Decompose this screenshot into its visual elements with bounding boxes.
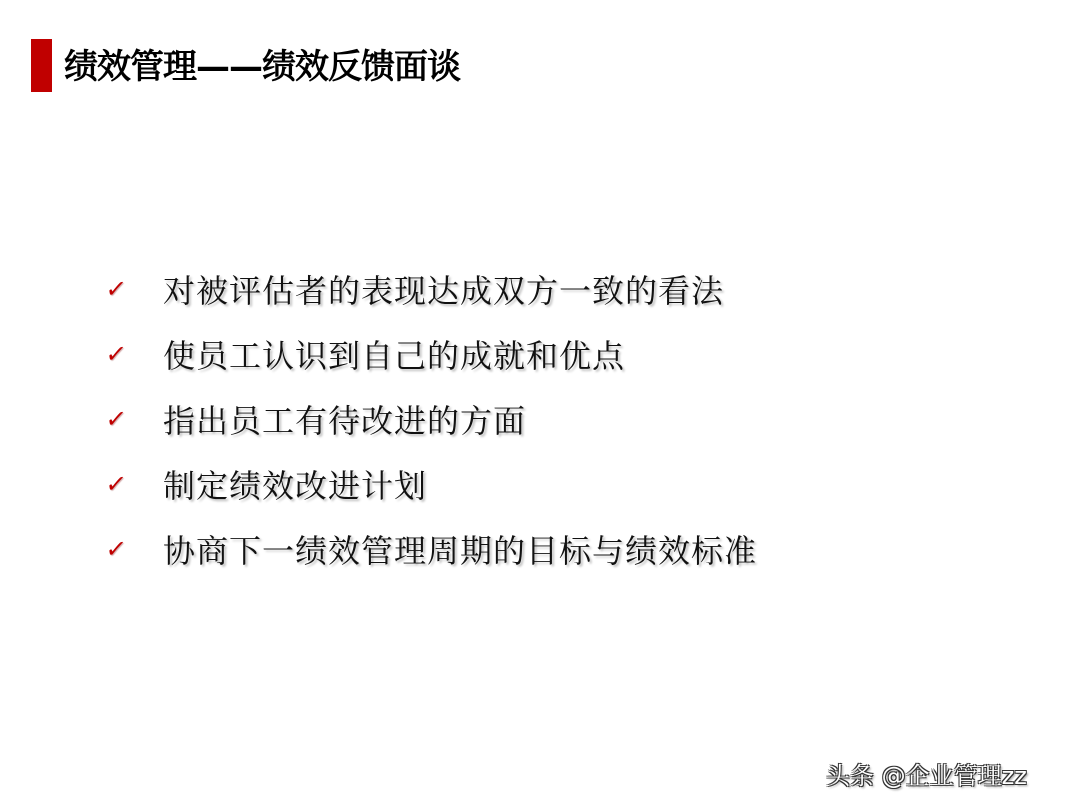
watermark: 头条 @企业管理zz [826, 756, 1027, 791]
checkmark-icon: ✓ [104, 342, 164, 366]
bullet-item: ✓ 指出员工有待改进的方面 [106, 386, 757, 451]
slide: 绩效管理——绩效反馈面谈 ✓ 对被评估者的表现达成双方一致的看法 ✓ 使员工认识… [0, 0, 1080, 810]
bullet-list: ✓ 对被评估者的表现达成双方一致的看法 ✓ 使员工认识到自己的成就和优点 ✓ 指… [106, 256, 757, 581]
bullet-text: 使员工认识到自己的成就和优点 [163, 331, 625, 377]
bullet-text: 协商下一绩效管理周期的目标与绩效标准 [163, 526, 757, 572]
checkmark-icon: ✓ [104, 537, 164, 561]
bullet-item: ✓ 使员工认识到自己的成就和优点 [106, 321, 757, 386]
title-accent-bar [31, 39, 52, 92]
bullet-item: ✓ 制定绩效改进计划 [106, 451, 757, 516]
bullet-text: 指出员工有待改进的方面 [163, 396, 526, 442]
checkmark-icon: ✓ [104, 472, 164, 496]
bullet-item: ✓ 协商下一绩效管理周期的目标与绩效标准 [106, 516, 757, 581]
checkmark-icon: ✓ [104, 277, 164, 301]
bullet-item: ✓ 对被评估者的表现达成双方一致的看法 [106, 256, 757, 321]
bullet-text: 对被评估者的表现达成双方一致的看法 [163, 266, 724, 312]
bullet-text: 制定绩效改进计划 [163, 461, 427, 507]
checkmark-icon: ✓ [104, 407, 164, 431]
slide-title: 绩效管理——绩效反馈面谈 [64, 42, 460, 92]
